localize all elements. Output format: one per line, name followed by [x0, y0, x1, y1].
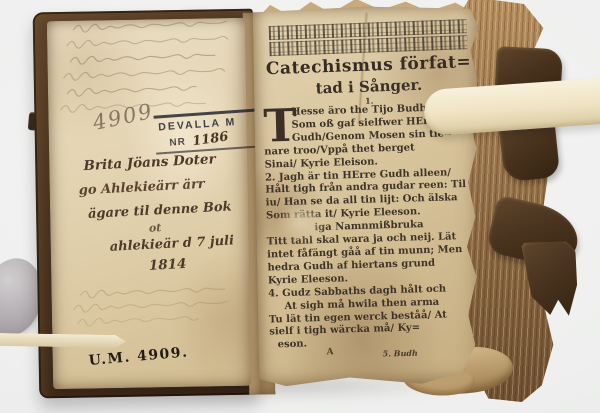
- page-damage-patch: [266, 195, 337, 250]
- drop-cap-initial: T: [263, 107, 292, 145]
- owner-inscription: Brita Jöans Doter go Ahlekieärr ärr ägar…: [59, 149, 255, 278]
- photo-of-open-antique-book: 4909 DEVALLA M NR 1186 Brita Jöans Doter…: [0, 0, 600, 413]
- inscription-line: go Ahlekieärr ärr: [78, 174, 251, 198]
- signature-mark: A: [327, 347, 334, 357]
- open-book: 4909 DEVALLA M NR 1186 Brita Jöans Doter…: [24, 0, 557, 413]
- inscription-line: ot: [149, 216, 254, 234]
- catchword: 5. Budh: [383, 348, 418, 359]
- inscription-line: ahlekieär d 7 juli: [109, 232, 254, 255]
- faded-handwriting-bottom-icon: [65, 285, 246, 340]
- bone-pointer-left: [0, 333, 126, 348]
- stamp-nr-label: NR: [169, 137, 186, 149]
- stamp-nr-value: 1186: [192, 129, 230, 149]
